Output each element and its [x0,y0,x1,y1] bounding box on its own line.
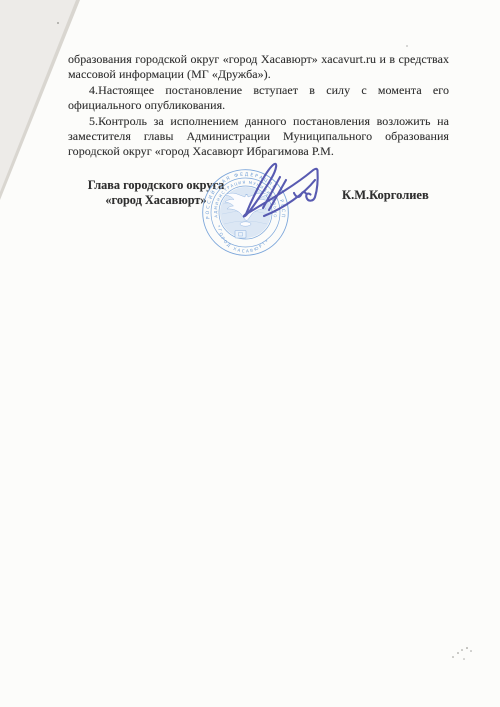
scan-speck [463,658,465,660]
signature-inner-strokes [263,177,286,210]
body-line: 5.Контроль за исполнением данного постан… [68,114,449,129]
scan-speck [57,22,59,24]
seal-banner [235,231,246,239]
scan-speck [470,650,472,652]
seal-inner-ring [219,186,272,239]
scan-speck [457,652,459,654]
body-line: официального опубликования. [68,98,449,113]
signatory-title-line1: Глава городского округа [86,178,226,193]
scan-speck [466,647,468,649]
eagle-emblem-icon [225,193,268,226]
signature-diagonal [264,180,315,216]
signature-loop [244,164,276,217]
body-line: заместителя главы Администрации Муниципа… [68,129,449,144]
seal-emblem-disc [220,187,271,238]
signature-sweep [248,169,318,213]
signatory-title: Глава городского округа «город Хасавюрт» [86,178,226,208]
scan-speck [406,45,408,47]
scan-speck [452,656,454,658]
seal-disc-texture [222,201,269,224]
signature-cusp [294,192,306,197]
body-line: массовой информации (МГ «Дружба»). [68,67,449,82]
signatory-title-line2: «город Хасавюрт» [86,193,226,208]
signature-tail [306,171,317,201]
seal-bottom-text: «ГОРОД ХАСАВЮРТ» [217,225,269,254]
handwritten-signature [222,152,327,232]
scanned-document-page: образования городской округ «город Хасав… [0,0,500,707]
body-text: образования городской округ «город Хасав… [68,52,449,160]
body-line: образования городской округ «город Хасав… [68,52,449,67]
body-line: городской округ «город Хасавюрт Ибрагимо… [68,144,449,159]
body-line: 4.Настоящее постановление вступает в сил… [68,83,449,98]
scan-speck [461,649,463,651]
signatory-name: К.М.Корголиев [342,188,429,203]
